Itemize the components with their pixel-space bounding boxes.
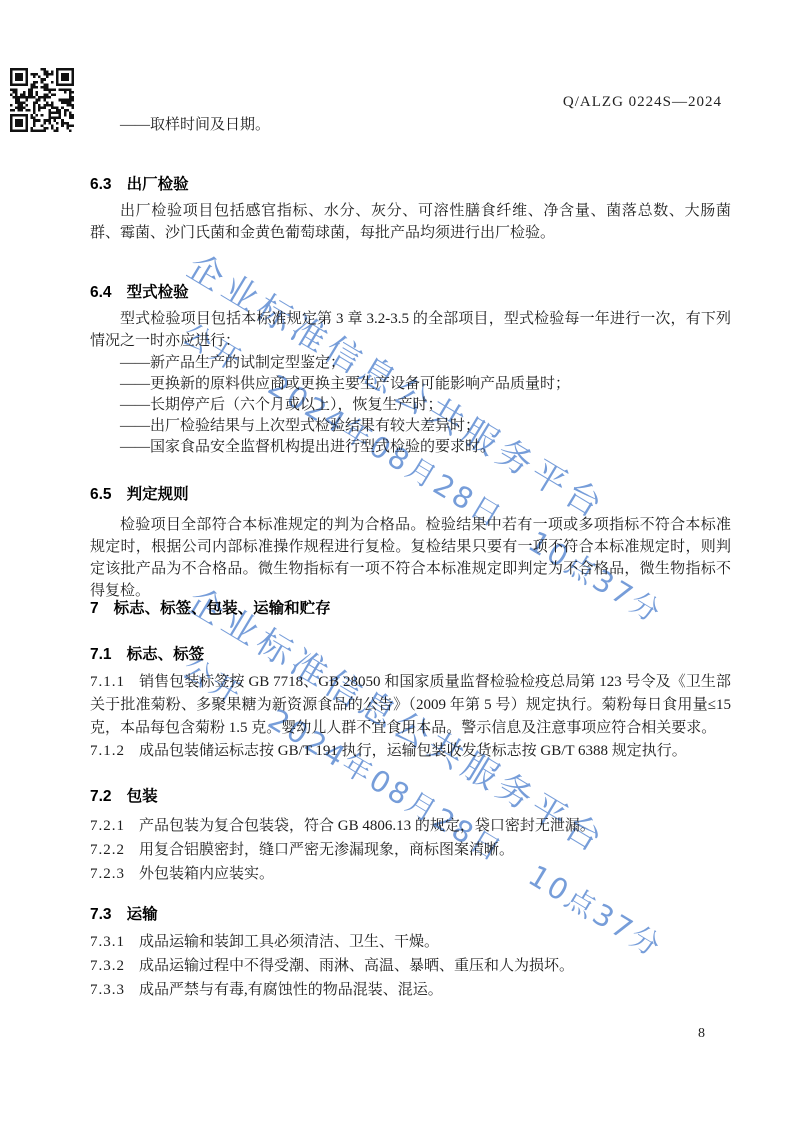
clause-7-3-1: 7.3.1成品运输和装卸工具必须清洁、卫生、干燥。 bbox=[90, 930, 731, 954]
dash-item: ——更换新的原料供应商或更换主要生产设备可能影响产品质量时； bbox=[90, 374, 731, 395]
document-page: 企业标准信息公共服务平台 公开2024年08月28日10点37分 企业标准信息公… bbox=[0, 0, 794, 1123]
section-number: 6.5 bbox=[90, 486, 112, 503]
section-title: 出厂检验 bbox=[127, 176, 189, 193]
section-title: 标志、标签、包装、运输和贮存 bbox=[114, 600, 331, 617]
clause-text: 成品严禁与有毒,有腐蚀性的物品混装、混运。 bbox=[139, 982, 443, 998]
section-number: 7.1 bbox=[90, 646, 112, 663]
paragraph-6-3: 出厂检验项目包括感官指标、水分、灰分、可溶性膳食纤维、净含量、菌落总数、大肠菌群… bbox=[90, 200, 731, 244]
clause-text: 产品包装为复合包装袋，符合 GB 4806.13 的规定，袋口密封无泄漏。 bbox=[139, 818, 595, 834]
qr-code-icon bbox=[10, 68, 74, 132]
section-heading-6-4: 6.4型式检验 bbox=[90, 282, 731, 304]
clause-7-3-3: 7.3.3成品严禁与有毒,有腐蚀性的物品混装、混运。 bbox=[90, 978, 731, 1002]
section-number: 7.2 bbox=[90, 788, 112, 805]
orphan-line: ——取样时间及日期。 bbox=[90, 114, 731, 136]
clause-text: 成品运输过程中不得受潮、雨淋、高温、暴晒、重压和人为损坏。 bbox=[139, 958, 574, 974]
clause-7-2-2: 7.2.2用复合铝膜密封，缝口严密无渗漏现象，商标图案清晰。 bbox=[90, 838, 731, 862]
page-number: 8 bbox=[698, 1026, 705, 1042]
dash-item: ——长期停产后（六个月或以上），恢复生产时； bbox=[90, 395, 731, 416]
section-number: 7.3 bbox=[90, 906, 112, 923]
clause-number: 7.1.2 bbox=[90, 743, 125, 759]
clause-number: 7.3.2 bbox=[90, 958, 125, 974]
section-number: 6.3 bbox=[90, 176, 112, 193]
clause-7-2-3: 7.2.3外包装箱内应装实。 bbox=[90, 862, 731, 886]
clause-number: 7.2.3 bbox=[90, 866, 125, 882]
clause-text: 成品包装储运标志按 GB/T 191 执行，运输包装收发货标志按 GB/T 63… bbox=[139, 743, 687, 759]
clause-number: 7.3.1 bbox=[90, 934, 125, 950]
dash-item: ——出厂检验结果与上次型式检验结果有较大差异时； bbox=[90, 416, 731, 437]
clause-number: 7.2.1 bbox=[90, 818, 125, 834]
dash-list-6-4: ——新产品生产的试制定型鉴定； ——更换新的原料供应商或更换主要生产设备可能影响… bbox=[90, 353, 731, 458]
clause-7-2-1: 7.2.1产品包装为复合包装袋，符合 GB 4806.13 的规定，袋口密封无泄… bbox=[90, 814, 731, 838]
dash-item: ——国家食品安全监督机构提出进行型式检验的要求时。 bbox=[90, 437, 731, 458]
section-title: 运输 bbox=[127, 906, 158, 923]
section-title: 判定规则 bbox=[127, 486, 189, 503]
paragraph-6-4: 型式检验项目包括本标准规定第 3 章 3.2-3.5 的全部项目，型式检验每一年… bbox=[90, 308, 731, 352]
clause-text: 外包装箱内应装实。 bbox=[139, 866, 274, 882]
section-heading-7-3: 7.3运输 bbox=[90, 904, 731, 926]
clause-text: 成品运输和装卸工具必须清洁、卫生、干燥。 bbox=[139, 934, 439, 950]
clause-text: 销售包装标签按 GB 7718、GB 28050 和国家质量监督检验检疫总局第 … bbox=[90, 674, 731, 736]
clause-text: 用复合铝膜密封，缝口严密无渗漏现象，商标图案清晰。 bbox=[139, 842, 514, 858]
section-title: 包装 bbox=[127, 788, 158, 805]
clause-7-3-2: 7.3.2成品运输过程中不得受潮、雨淋、高温、暴晒、重压和人为损坏。 bbox=[90, 954, 731, 978]
paragraph-6-5: 检验项目全部符合本标准规定的判为合格品。检验结果中若有一项或多项指标不符合本标准… bbox=[90, 514, 731, 602]
clause-number: 7.2.2 bbox=[90, 842, 125, 858]
section-number: 6.4 bbox=[90, 284, 112, 301]
section-heading-6-5: 6.5判定规则 bbox=[90, 484, 731, 506]
clause-number: 7.1.1 bbox=[90, 674, 125, 690]
clause-7-1-2: 7.1.2成品包装储运标志按 GB/T 191 执行，运输包装收发货标志按 GB… bbox=[90, 740, 731, 763]
clause-list-7-3: 7.3.1成品运输和装卸工具必须清洁、卫生、干燥。 7.3.2成品运输过程中不得… bbox=[90, 930, 731, 1002]
section-heading-7-1: 7.1标志、标签 bbox=[90, 644, 731, 666]
dash-item: ——新产品生产的试制定型鉴定； bbox=[90, 353, 731, 374]
clause-number: 7.3.3 bbox=[90, 982, 125, 998]
clause-list-7-2: 7.2.1产品包装为复合包装袋，符合 GB 4806.13 的规定，袋口密封无泄… bbox=[90, 814, 731, 886]
section-heading-7-2: 7.2包装 bbox=[90, 786, 731, 808]
section-number: 7 bbox=[90, 600, 99, 617]
chapter-heading-7: 7标志、标签、包装、运输和贮存 bbox=[90, 598, 731, 620]
section-title: 标志、标签 bbox=[127, 646, 205, 663]
section-title: 型式检验 bbox=[127, 284, 189, 301]
clause-7-1-1: 7.1.1销售包装标签按 GB 7718、GB 28050 和国家质量监督检验检… bbox=[90, 671, 731, 740]
section-heading-6-3: 6.3出厂检验 bbox=[90, 174, 731, 196]
doc-code: Q/ALZG 0224S—2024 bbox=[563, 94, 722, 111]
